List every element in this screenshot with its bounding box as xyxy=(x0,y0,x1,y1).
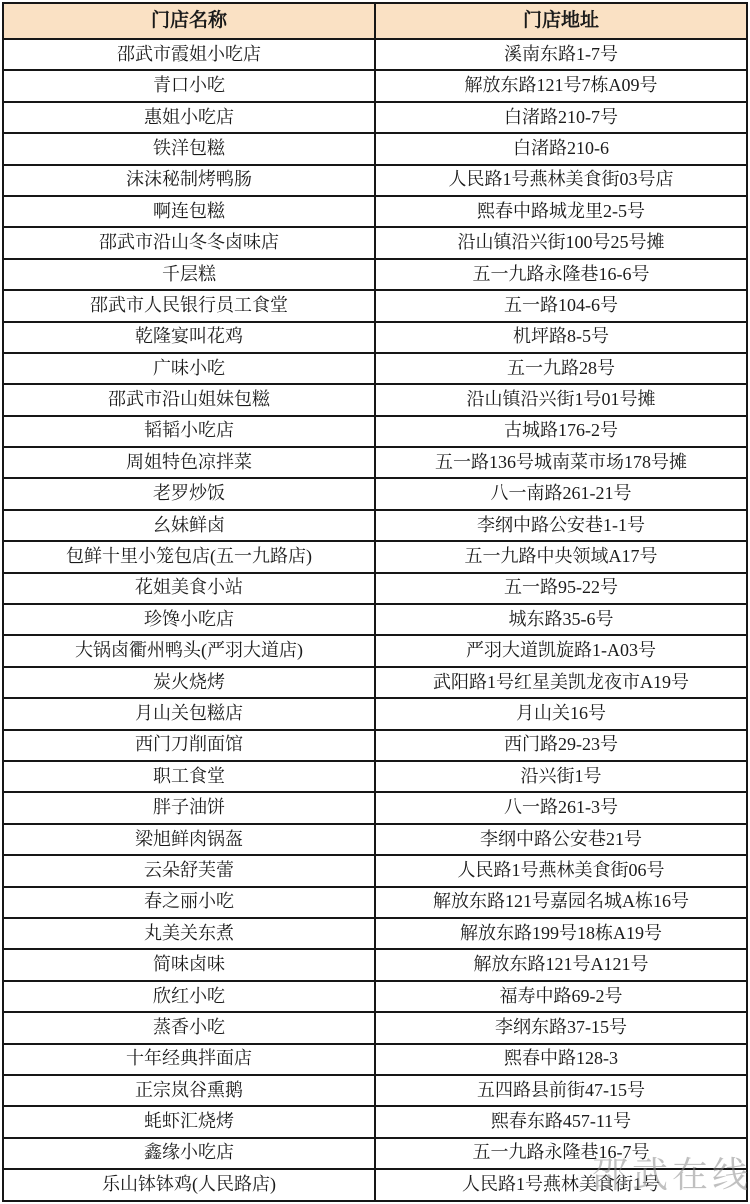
store-name-cell: 青口小吃 xyxy=(3,70,375,101)
column-header-store-name: 门店名称 xyxy=(3,3,375,39)
store-address-cell: 人民路1号燕林美食街06号 xyxy=(375,855,747,886)
store-address-cell: 人民路1号燕林美食街03号店 xyxy=(375,165,747,196)
table-row: 铁洋包糍 白渚路210-6 xyxy=(3,133,747,164)
store-name-cell: 沫沫秘制烤鸭肠 xyxy=(3,165,375,196)
table-row: 西门刀削面馆 西门路29-23号 xyxy=(3,730,747,761)
store-address-cell: 五一九路中央领域A17号 xyxy=(375,541,747,572)
store-address-cell: 白渚路210-6 xyxy=(375,133,747,164)
store-name-cell: 鑫缘小吃店 xyxy=(3,1138,375,1169)
store-address-cell: 解放东路121号7栋A09号 xyxy=(375,70,747,101)
store-address-cell: 五一路104-6号 xyxy=(375,290,747,321)
store-name-cell: 云朵舒芙蕾 xyxy=(3,855,375,886)
store-address-cell: 溪南东路1-7号 xyxy=(375,39,747,70)
table-row: 大锅卤衢州鸭头(严羽大道店) 严羽大道凯旋路1-A03号 xyxy=(3,635,747,666)
table-row: 幺妹鲜卤 李纲中路公安巷1-1号 xyxy=(3,510,747,541)
store-name-cell: 珍馋小吃店 xyxy=(3,604,375,635)
store-name-cell: 欣红小吃 xyxy=(3,981,375,1012)
store-name-cell: 广味小吃 xyxy=(3,353,375,384)
table-row: 炭火烧烤 武阳路1号红星美凯龙夜市A19号 xyxy=(3,667,747,698)
table-row: 千层糕 五一九路永隆巷16-6号 xyxy=(3,259,747,290)
table-row: 包鲜十里小笼包店(五一九路店) 五一九路中央领域A17号 xyxy=(3,541,747,572)
store-address-cell: 月山关16号 xyxy=(375,698,747,729)
store-name-cell: 炭火烧烤 xyxy=(3,667,375,698)
store-address-cell: 机坪路8-5号 xyxy=(375,322,747,353)
store-address-cell: 李纲东路37-15号 xyxy=(375,1012,747,1043)
store-name-cell: 啊连包糍 xyxy=(3,196,375,227)
store-name-cell: 梁旭鲜肉锅盔 xyxy=(3,824,375,855)
store-address-cell: 五一九路永隆巷16-7号 xyxy=(375,1138,747,1169)
store-name-cell: 惠姐小吃店 xyxy=(3,102,375,133)
store-name-cell: 铁洋包糍 xyxy=(3,133,375,164)
table-row: 邵武市霞姐小吃店 溪南东路1-7号 xyxy=(3,39,747,70)
store-name-cell: 职工食堂 xyxy=(3,761,375,792)
store-address-cell: 城东路35-6号 xyxy=(375,604,747,635)
table-row: 邵武市沿山冬冬卤味店 沿山镇沿兴街100号25号摊 xyxy=(3,227,747,258)
table-row: 蒸香小吃 李纲东路37-15号 xyxy=(3,1012,747,1043)
table-row: 鑫缘小吃店 五一九路永隆巷16-7号 xyxy=(3,1138,747,1169)
store-name-cell: 花姐美食小站 xyxy=(3,573,375,604)
table-row: 蚝虾汇烧烤 熙春东路457-11号 xyxy=(3,1106,747,1137)
store-name-cell: 周姐特色凉拌菜 xyxy=(3,447,375,478)
document-page: 门店名称 门店地址 邵武市霞姐小吃店 溪南东路1-7号 青口小吃 解放东路121… xyxy=(0,0,750,1204)
store-name-cell: 春之丽小吃 xyxy=(3,887,375,918)
store-name-cell: 十年经典拌面店 xyxy=(3,1044,375,1075)
table-row: 云朵舒芙蕾 人民路1号燕林美食街06号 xyxy=(3,855,747,886)
table-row: 珍馋小吃店 城东路35-6号 xyxy=(3,604,747,635)
store-name-cell: 邵武市霞姐小吃店 xyxy=(3,39,375,70)
store-address-cell: 熙春中路128-3 xyxy=(375,1044,747,1075)
store-address-cell: 五一九路28号 xyxy=(375,353,747,384)
store-address-cell: 五一路136号城南菜市场178号摊 xyxy=(375,447,747,478)
store-name-cell: 幺妹鲜卤 xyxy=(3,510,375,541)
store-name-cell: 老罗炒饭 xyxy=(3,478,375,509)
store-table: 门店名称 门店地址 邵武市霞姐小吃店 溪南东路1-7号 青口小吃 解放东路121… xyxy=(2,2,748,1202)
table-row: 花姐美食小站 五一路95-22号 xyxy=(3,573,747,604)
store-name-cell: 邵武市沿山姐妹包糍 xyxy=(3,384,375,415)
store-name-cell: 简味卤味 xyxy=(3,949,375,980)
table-row: 韬韬小吃店 古城路176-2号 xyxy=(3,416,747,447)
table-row: 惠姐小吃店 白渚路210-7号 xyxy=(3,102,747,133)
store-name-cell: 胖子油饼 xyxy=(3,792,375,823)
store-address-cell: 熙春东路457-11号 xyxy=(375,1106,747,1137)
store-name-cell: 正宗岚谷熏鹅 xyxy=(3,1075,375,1106)
store-address-cell: 人民路1号燕林美食街1号 xyxy=(375,1169,747,1201)
table-row: 沫沫秘制烤鸭肠 人民路1号燕林美食街03号店 xyxy=(3,165,747,196)
table-row: 青口小吃 解放东路121号7栋A09号 xyxy=(3,70,747,101)
store-address-cell: 解放东路121号嘉园名城A栋16号 xyxy=(375,887,747,918)
table-row: 广味小吃 五一九路28号 xyxy=(3,353,747,384)
table-body: 邵武市霞姐小吃店 溪南东路1-7号 青口小吃 解放东路121号7栋A09号 惠姐… xyxy=(3,39,747,1201)
table-row: 月山关包糍店 月山关16号 xyxy=(3,698,747,729)
store-address-cell: 李纲中路公安巷1-1号 xyxy=(375,510,747,541)
store-address-cell: 解放东路199号18栋A19号 xyxy=(375,918,747,949)
store-address-cell: 五四路县前街47-15号 xyxy=(375,1075,747,1106)
store-name-cell: 月山关包糍店 xyxy=(3,698,375,729)
store-address-cell: 解放东路121号A121号 xyxy=(375,949,747,980)
column-header-store-address: 门店地址 xyxy=(375,3,747,39)
store-name-cell: 西门刀削面馆 xyxy=(3,730,375,761)
store-name-cell: 大锅卤衢州鸭头(严羽大道店) xyxy=(3,635,375,666)
table-header: 门店名称 门店地址 xyxy=(3,3,747,39)
table-row: 春之丽小吃 解放东路121号嘉园名城A栋16号 xyxy=(3,887,747,918)
table-row: 啊连包糍 熙春中路城龙里2-5号 xyxy=(3,196,747,227)
store-address-cell: 八一路261-3号 xyxy=(375,792,747,823)
store-address-cell: 严羽大道凯旋路1-A03号 xyxy=(375,635,747,666)
store-address-cell: 白渚路210-7号 xyxy=(375,102,747,133)
table-row: 周姐特色凉拌菜 五一路136号城南菜市场178号摊 xyxy=(3,447,747,478)
table-row: 欣红小吃 福寿中路69-2号 xyxy=(3,981,747,1012)
store-name-cell: 丸美关东煮 xyxy=(3,918,375,949)
store-name-cell: 邵武市沿山冬冬卤味店 xyxy=(3,227,375,258)
table-row: 邵武市沿山姐妹包糍 沿山镇沿兴街1号01号摊 xyxy=(3,384,747,415)
store-address-cell: 五一九路永隆巷16-6号 xyxy=(375,259,747,290)
table-row: 十年经典拌面店 熙春中路128-3 xyxy=(3,1044,747,1075)
store-name-cell: 蒸香小吃 xyxy=(3,1012,375,1043)
store-name-cell: 邵武市人民银行员工食堂 xyxy=(3,290,375,321)
store-address-cell: 熙春中路城龙里2-5号 xyxy=(375,196,747,227)
store-address-cell: 武阳路1号红星美凯龙夜市A19号 xyxy=(375,667,747,698)
table-row: 乐山钵钵鸡(人民路店) 人民路1号燕林美食街1号 xyxy=(3,1169,747,1201)
store-address-cell: 福寿中路69-2号 xyxy=(375,981,747,1012)
table-row: 正宗岚谷熏鹅 五四路县前街47-15号 xyxy=(3,1075,747,1106)
store-name-cell: 乾隆宴叫花鸡 xyxy=(3,322,375,353)
store-name-cell: 包鲜十里小笼包店(五一九路店) xyxy=(3,541,375,572)
store-address-cell: 西门路29-23号 xyxy=(375,730,747,761)
store-name-cell: 韬韬小吃店 xyxy=(3,416,375,447)
table-header-row: 门店名称 门店地址 xyxy=(3,3,747,39)
store-address-cell: 八一南路261-21号 xyxy=(375,478,747,509)
store-address-cell: 沿山镇沿兴街100号25号摊 xyxy=(375,227,747,258)
store-address-cell: 李纲中路公安巷21号 xyxy=(375,824,747,855)
table-row: 老罗炒饭 八一南路261-21号 xyxy=(3,478,747,509)
table-row: 邵武市人民银行员工食堂 五一路104-6号 xyxy=(3,290,747,321)
store-name-cell: 乐山钵钵鸡(人民路店) xyxy=(3,1169,375,1201)
table-row: 简味卤味 解放东路121号A121号 xyxy=(3,949,747,980)
table-row: 职工食堂 沿兴街1号 xyxy=(3,761,747,792)
store-address-cell: 沿兴街1号 xyxy=(375,761,747,792)
table-row: 梁旭鲜肉锅盔 李纲中路公安巷21号 xyxy=(3,824,747,855)
store-name-cell: 蚝虾汇烧烤 xyxy=(3,1106,375,1137)
table-row: 胖子油饼 八一路261-3号 xyxy=(3,792,747,823)
store-address-cell: 五一路95-22号 xyxy=(375,573,747,604)
store-name-cell: 千层糕 xyxy=(3,259,375,290)
store-address-cell: 沿山镇沿兴街1号01号摊 xyxy=(375,384,747,415)
store-address-cell: 古城路176-2号 xyxy=(375,416,747,447)
table-row: 乾隆宴叫花鸡 机坪路8-5号 xyxy=(3,322,747,353)
table-row: 丸美关东煮 解放东路199号18栋A19号 xyxy=(3,918,747,949)
